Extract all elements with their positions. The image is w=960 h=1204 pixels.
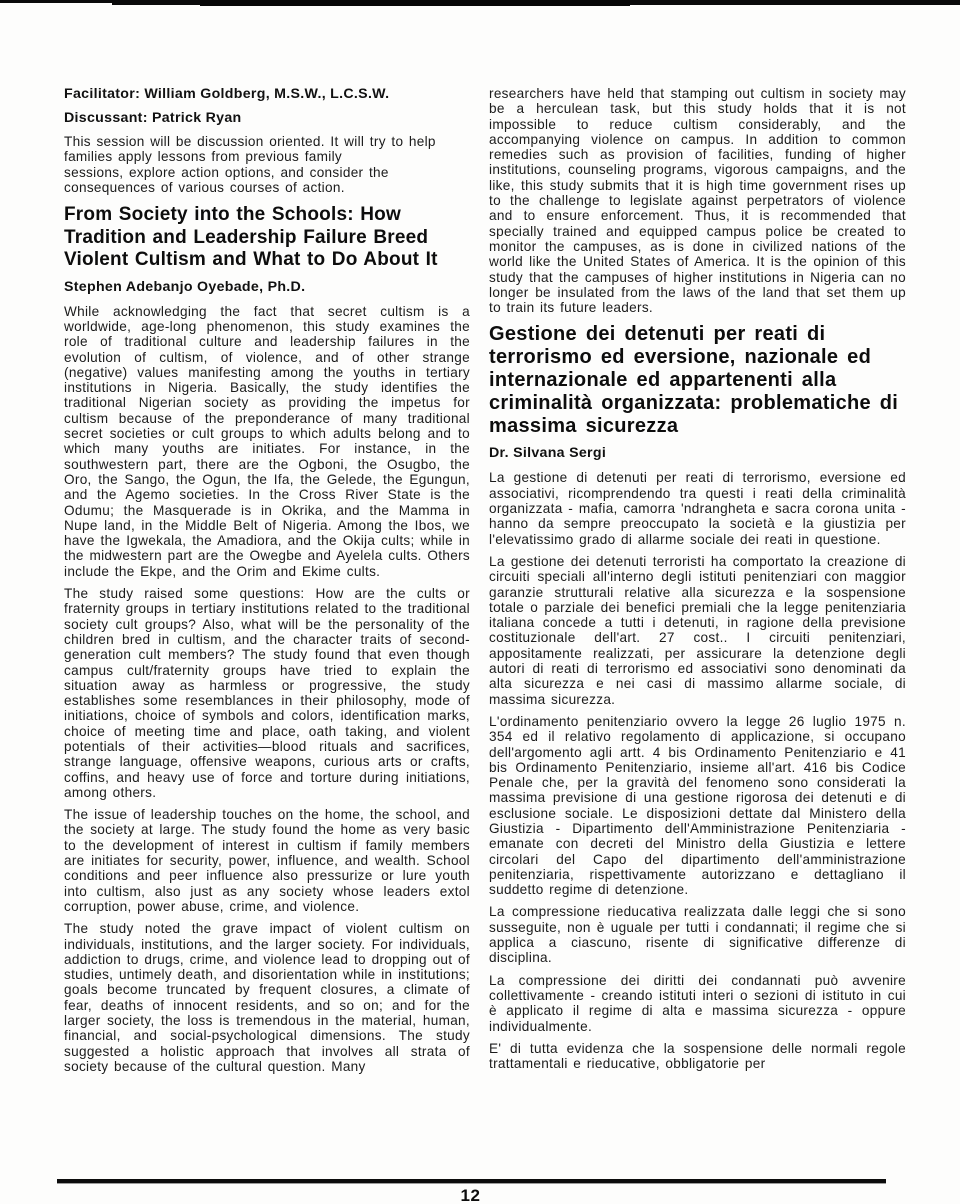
paragraph: The study raised some questions: How are… (64, 586, 470, 800)
paragraph: While acknowledging the fact that secret… (64, 304, 470, 579)
session-description-line: consequences of various courses of actio… (64, 180, 470, 195)
article-author: Dr. Silvana Sergi (489, 445, 906, 461)
article-title: Gestione dei detenuti per reati di terro… (489, 323, 906, 438)
discussant-line: Discussant: Patrick Ryan (64, 110, 470, 126)
scan-artifact-top-bar-mid (200, 0, 630, 6)
facilitator-line: Facilitator: William Goldberg, M.S.W., L… (64, 86, 470, 102)
page-number: 12 (0, 1186, 941, 1204)
session-description-line: This session will be discussion oriented… (64, 134, 470, 149)
footer-rule (57, 1179, 886, 1183)
document-page: Facilitator: William Goldberg, M.S.W., L… (0, 0, 960, 1204)
paragraph: La gestione dei detenuti terroristi ha c… (489, 554, 906, 707)
paragraph: La compressione dei diritti dei condanna… (489, 973, 906, 1034)
right-column: researchers have held that stamping out … (489, 86, 906, 1078)
session-description-line: sessions, explore action options, and co… (64, 165, 470, 180)
paragraph: The issue of leadership touches on the h… (64, 807, 470, 914)
paragraph: La compressione rieducativa realizzata d… (489, 904, 906, 965)
article-author: Stephen Adebanjo Oyebade, Ph.D. (64, 279, 470, 295)
left-column: Facilitator: William Goldberg, M.S.W., L… (64, 86, 470, 1081)
paragraph: E' di tutta evidenza che la sospensione … (489, 1041, 906, 1072)
paragraph: La gestione di detenuti per reati di ter… (489, 470, 906, 546)
article-title: From Society into the Schools: How Tradi… (64, 204, 470, 272)
session-description-line: families apply lessons from previous fam… (64, 149, 470, 164)
paragraph: The study noted the grave impact of viol… (64, 921, 470, 1074)
session-description: This session will be discussion oriented… (64, 134, 470, 195)
continuation-paragraph: researchers have held that stamping out … (489, 86, 906, 315)
paragraph: L'ordinamento penitenziario ovvero la le… (489, 714, 906, 898)
